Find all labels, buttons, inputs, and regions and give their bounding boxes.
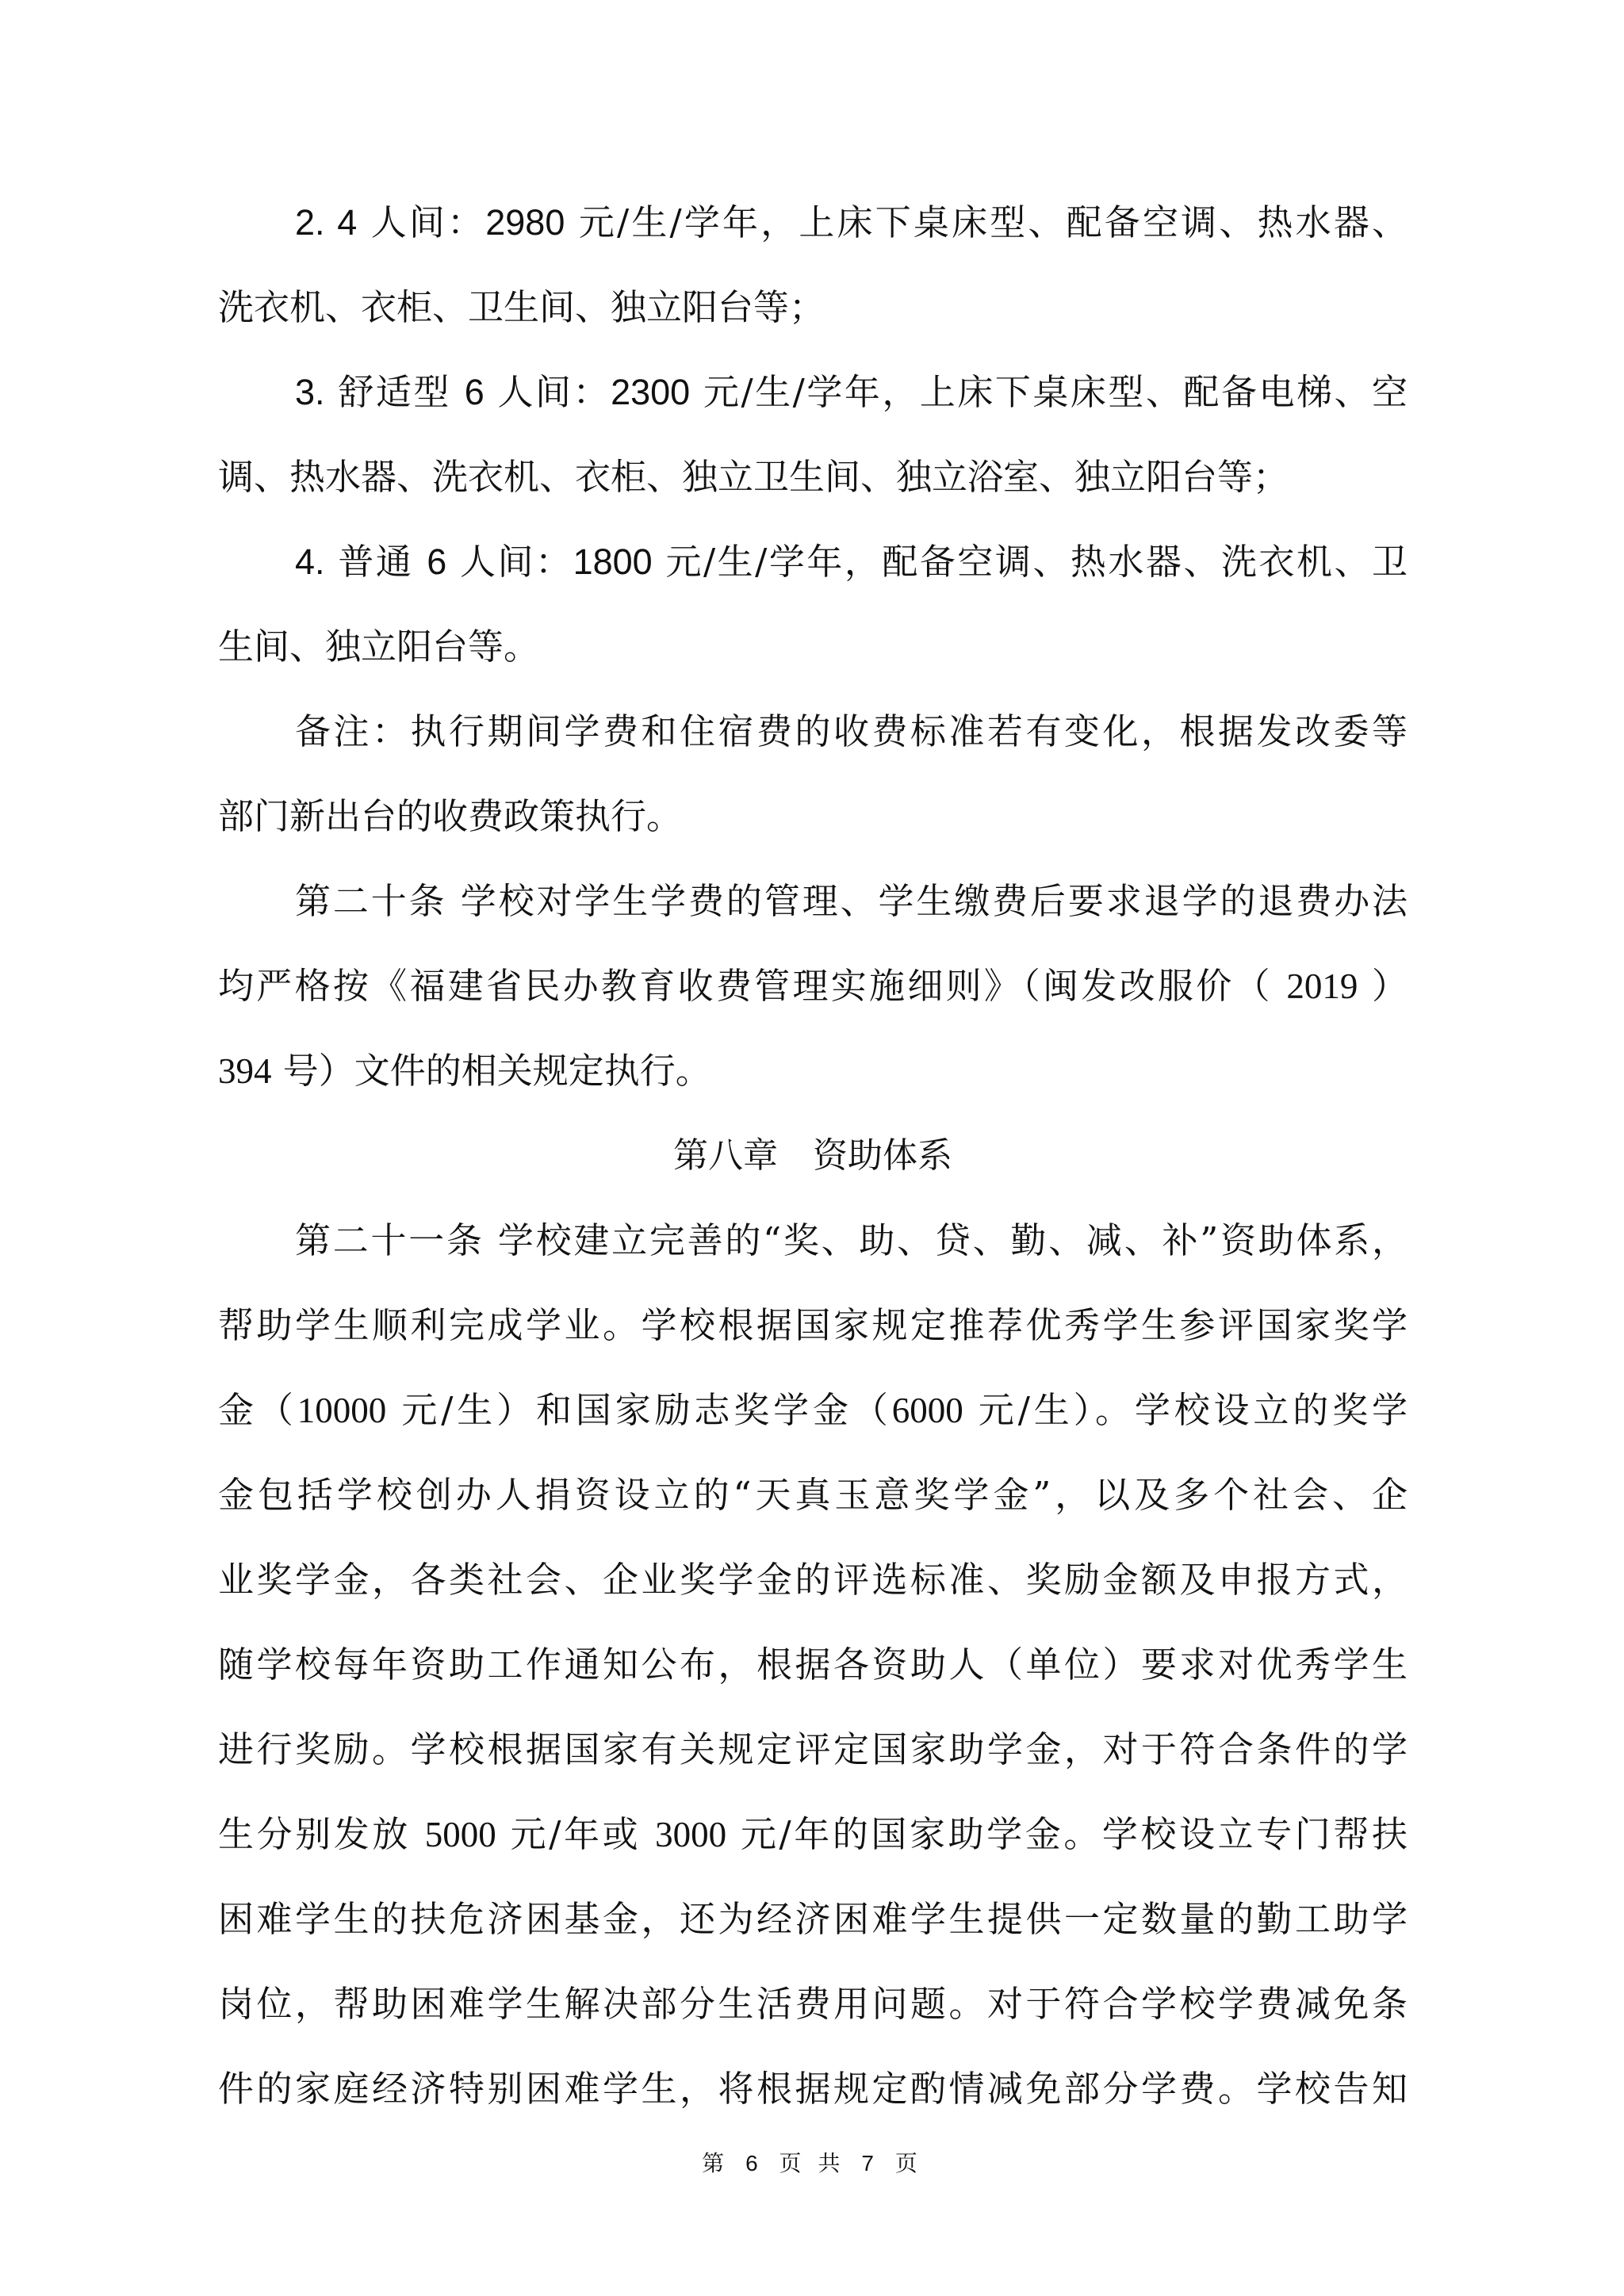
number-text: 6 xyxy=(465,372,485,412)
number-text: 2. 4 xyxy=(295,202,357,243)
document-body: 2. 4 人间：2980 元/生/学年，上床下桌床型、配备空调、热水器、洗衣机、… xyxy=(218,180,1408,2131)
number-text: 5000 xyxy=(425,1815,496,1854)
text-line: 部门新出台的收费政策执行。 xyxy=(218,774,1408,859)
text-run: 生分别发放 xyxy=(218,1813,425,1855)
page-footer: 第 6 页 共 7 页 xyxy=(0,2144,1624,2183)
chapter-heading: 第八章 资助体系 xyxy=(218,1113,1408,1198)
number-text: 2300 xyxy=(611,372,690,412)
text-line: 生间、独立阳台等。 xyxy=(218,604,1408,689)
number-text: 3000 xyxy=(655,1815,726,1854)
number-text: 6 xyxy=(427,541,446,582)
text-line: 业奖学金，各类社会、企业奖学金的评选标准、奖励金额及申报方式， xyxy=(218,1537,1408,1622)
text-run: 帮助学生顺利完成学业。学校根据国家规定推荐优秀学生参评国家奖学 xyxy=(218,1304,1408,1346)
text-run: 第二十条 学校对学生学费的管理、学生缴费后要求退学的退费办法 xyxy=(295,880,1408,922)
text-line: 金（10000 元/生）和国家励志奖学金（6000 元/生）。学校设立的奖学 xyxy=(218,1368,1408,1452)
text-run: 件的家庭经济特别困难学生，将根据规定酌情减免部分学费。学校告知 xyxy=(218,2068,1408,2110)
number-text: 2019 xyxy=(1286,966,1358,1006)
text-run: 困难学生的扶危济困基金，还为经济困难学生提供一定数量的勤工助学 xyxy=(218,1898,1408,1940)
footer-prefix: 第 xyxy=(702,2150,729,2176)
text-run: 元/生）和国家励志奖学金（ xyxy=(386,1389,892,1431)
text-line: 金包括学校创办人捐资设立的“天真玉意奖学金”，以及多个社会、企 xyxy=(218,1452,1408,1537)
text-run: ） xyxy=(1358,965,1408,1007)
text-line: 第二十一条 学校建立完善的“奖、助、贷、勤、减、补”资助体系， xyxy=(218,1198,1408,1283)
text-run: 元/生/学年，配备空调、热水器、洗衣机、卫 xyxy=(653,541,1408,583)
footer-suffix: 页 xyxy=(895,2150,922,2176)
text-run: 舒适型 xyxy=(325,371,465,413)
text-line: 4. 普通 6 人间：1800 元/生/学年，配备空调、热水器、洗衣机、卫 xyxy=(218,519,1408,604)
text-run: 调、热水器、洗衣机、衣柜、独立卫生间、独立浴室、独立阳台等； xyxy=(218,456,1289,498)
number-text: 1800 xyxy=(573,541,653,582)
text-run: 洗衣机、衣柜、卫生间、独立阳台等； xyxy=(218,286,825,328)
text-run: 普通 xyxy=(325,541,427,583)
text-run: 第二十一条 学校建立完善的“奖、助、贷、勤、减、补”资助体系， xyxy=(295,1219,1408,1261)
text-line: 岗位，帮助困难学生解决部分生活费用问题。对于符合学校学费减免条 xyxy=(218,1961,1408,2046)
total-pages-number: 7 xyxy=(856,2151,883,2175)
text-run: 元/年或 xyxy=(496,1813,655,1855)
text-line: 3. 舒适型 6 人间：2300 元/生/学年，上床下桌床型、配备电梯、空 xyxy=(218,350,1408,434)
text-run: 部门新出台的收费政策执行。 xyxy=(218,795,682,837)
text-run: 人间： xyxy=(357,201,485,243)
footer-middle: 页 共 xyxy=(779,2150,845,2176)
text-run: 人间： xyxy=(446,541,573,583)
text-run: 人间： xyxy=(485,371,611,413)
text-run: 随学校每年资助工作通知公布，根据各资助人（单位）要求对优秀学生 xyxy=(218,1644,1408,1686)
number-text: 2980 xyxy=(485,202,565,243)
text-line: 帮助学生顺利完成学业。学校根据国家规定推荐优秀学生参评国家奖学 xyxy=(218,1283,1408,1368)
number-text: 4. xyxy=(295,541,325,582)
text-line: 394 号）文件的相关规定执行。 xyxy=(218,1028,1408,1113)
text-run: 元/生/学年，上床下桌床型、配备电梯、空 xyxy=(690,371,1408,413)
text-line: 件的家庭经济特别困难学生，将根据规定酌情减免部分学费。学校告知 xyxy=(218,2046,1408,2131)
text-line: 困难学生的扶危济困基金，还为经济困难学生提供一定数量的勤工助学 xyxy=(218,1877,1408,1961)
text-run: 号）文件的相关规定执行。 xyxy=(272,1050,711,1092)
current-page-number: 6 xyxy=(741,2151,768,2175)
number-text: 394 xyxy=(218,1051,272,1091)
number-text: 3. xyxy=(295,372,325,412)
document-page: 2. 4 人间：2980 元/生/学年，上床下桌床型、配备空调、热水器、洗衣机、… xyxy=(0,0,1624,2296)
text-run: 岗位，帮助困难学生解决部分生活费用问题。对于符合学校学费减免条 xyxy=(218,1983,1408,2025)
text-run: 业奖学金，各类社会、企业奖学金的评选标准、奖励金额及申报方式， xyxy=(218,1559,1408,1601)
text-run: 备注：执行期间学费和住宿费的收费标准若有变化，根据发改委等 xyxy=(295,710,1408,752)
text-line: 第二十条 学校对学生学费的管理、学生缴费后要求退学的退费办法 xyxy=(218,859,1408,943)
number-text: 6000 xyxy=(892,1391,963,1430)
text-line: 进行奖励。学校根据国家有关规定评定国家助学金，对于符合条件的学 xyxy=(218,1707,1408,1792)
text-line: 洗衣机、衣柜、卫生间、独立阳台等； xyxy=(218,265,1408,350)
number-text: 10000 xyxy=(297,1391,387,1430)
text-run: 生间、独立阳台等。 xyxy=(218,626,539,668)
text-line: 均严格按《福建省民办教育收费管理实施细则》（闽发改服价（ 2019 ） xyxy=(218,943,1408,1028)
text-run: 金（ xyxy=(218,1389,297,1431)
text-run: 元/生/学年，上床下桌床型、配备空调、热水器、 xyxy=(565,201,1408,243)
text-run: 元/生）。学校设立的奖学 xyxy=(963,1389,1408,1431)
text-line: 备注：执行期间学费和住宿费的收费标准若有变化，根据发改委等 xyxy=(218,689,1408,774)
text-line: 调、热水器、洗衣机、衣柜、独立卫生间、独立浴室、独立阳台等； xyxy=(218,434,1408,519)
text-line: 随学校每年资助工作通知公布，根据各资助人（单位）要求对优秀学生 xyxy=(218,1622,1408,1707)
text-line: 2. 4 人间：2980 元/生/学年，上床下桌床型、配备空调、热水器、 xyxy=(218,180,1408,265)
text-run: 均严格按《福建省民办教育收费管理实施细则》（闽发改服价（ xyxy=(218,965,1286,1007)
text-run: 金包括学校创办人捐资设立的“天真玉意奖学金”，以及多个社会、企 xyxy=(218,1474,1408,1516)
text-line: 生分别发放 5000 元/年或 3000 元/年的国家助学金。学校设立专门帮扶 xyxy=(218,1792,1408,1877)
text-run: 元/年的国家助学金。学校设立专门帮扶 xyxy=(726,1813,1408,1855)
text-run: 进行奖励。学校根据国家有关规定评定国家助学金，对于符合条件的学 xyxy=(218,1728,1408,1770)
